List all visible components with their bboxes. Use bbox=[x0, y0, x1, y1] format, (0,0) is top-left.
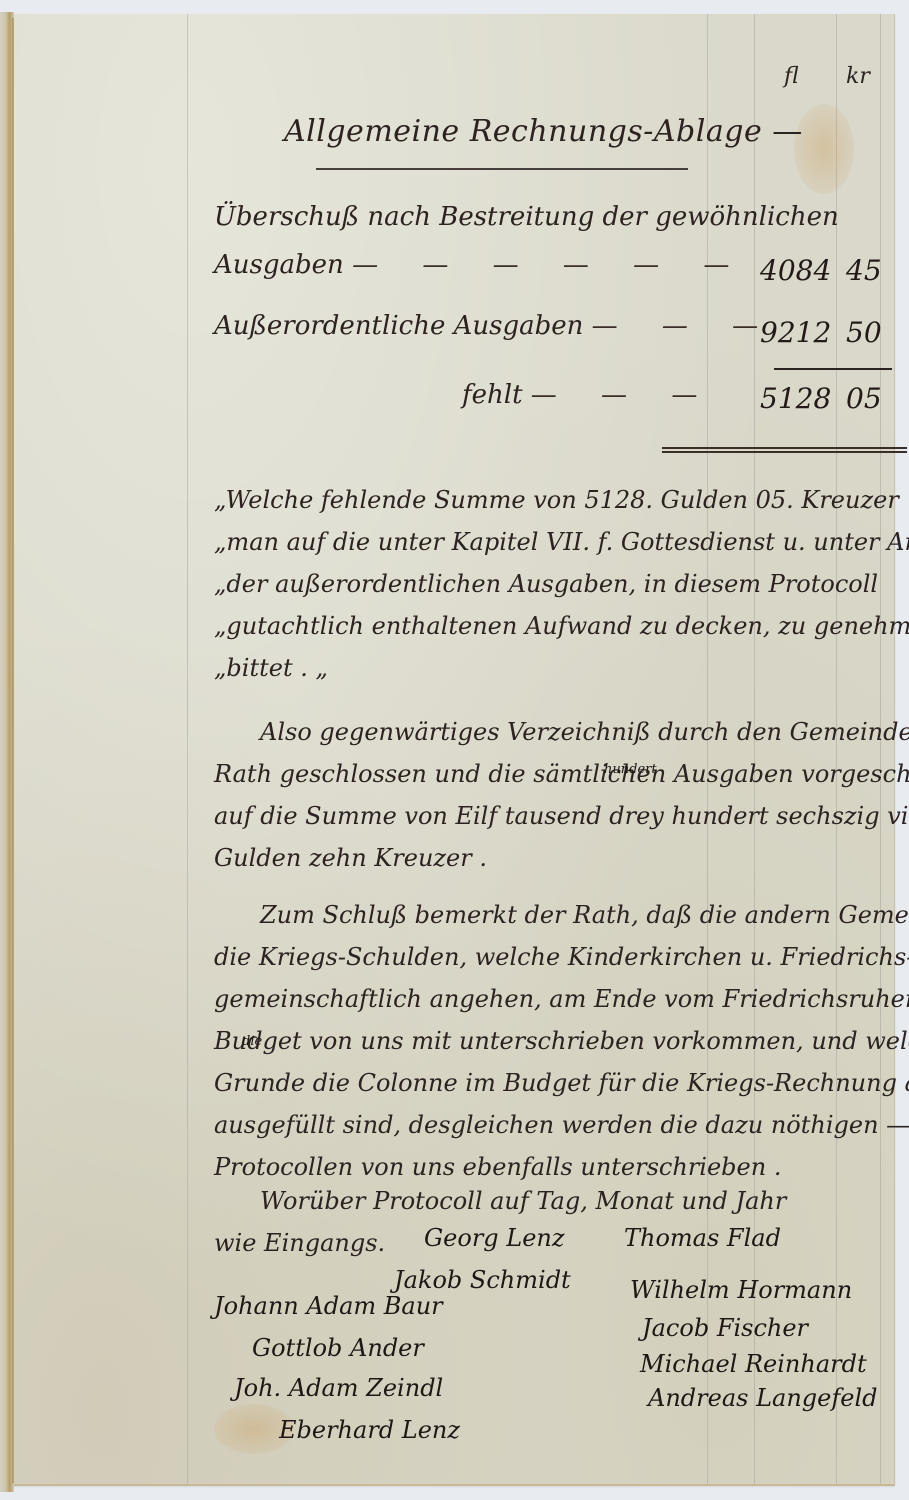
text-line: „der außerordentlichen Ausgaben, in dies… bbox=[214, 563, 904, 605]
text-line: gemeinschaftlich angehen, am Ende vom Fr… bbox=[214, 978, 904, 1020]
text-line: ausgefüllt sind, desgleichen werden die … bbox=[214, 1104, 904, 1146]
deficit-kreuzer: 05 bbox=[846, 382, 882, 415]
surplus-gulden: 4084 bbox=[760, 254, 831, 287]
ledger-dashes: — — — — — — bbox=[352, 250, 747, 280]
signature: Johann Adam Baur bbox=[214, 1292, 443, 1320]
text-line: Rath geschlossen und die sämtlichen Ausg… bbox=[214, 753, 904, 795]
text-line: „Welche fehlende Summe von 5128. Gulden … bbox=[214, 479, 904, 521]
paragraph-request: „Welche fehlende Summe von 5128. Gulden … bbox=[214, 479, 904, 689]
ledger-label: Ausgaben bbox=[214, 250, 344, 280]
signature: Georg Lenz bbox=[424, 1224, 565, 1252]
text-line: Worüber Protocoll auf Tag, Monat und Jah… bbox=[214, 1180, 904, 1222]
ledger-dashes: — — — bbox=[531, 380, 716, 410]
signature: Gottlob Ander bbox=[252, 1334, 424, 1362]
text-line: Zum Schluß bemerkt der Rath, daß die and… bbox=[214, 894, 904, 936]
extraordinary-gulden: 9212 bbox=[760, 316, 831, 349]
text-line: die Kriegs-Schulden, welche Kinderkirche… bbox=[214, 936, 904, 978]
paragraph-remark: Zum Schluß bemerkt der Rath, daß die and… bbox=[214, 894, 904, 1188]
ledger-row-surplus-label-1: Überschuß nach Bestreitung der gewöhnlic… bbox=[214, 202, 839, 232]
signature: Thomas Flad bbox=[624, 1224, 781, 1252]
text-line: Budget von uns mit unterschrieben vorkom… bbox=[214, 1020, 904, 1062]
text-line: auf die Summe von Eilf tausend drey hund… bbox=[214, 795, 904, 837]
total-double-rule bbox=[662, 451, 907, 453]
paper-stain bbox=[794, 104, 854, 194]
signature: Joh. Adam Zeindl bbox=[234, 1374, 443, 1402]
surplus-kreuzer: 45 bbox=[846, 254, 882, 287]
ledger-row-deficit: fehlt — — — bbox=[462, 380, 715, 410]
margin-rule bbox=[187, 14, 188, 1484]
signature: Jakob Schmidt bbox=[394, 1266, 571, 1294]
signature: Wilhelm Hormann bbox=[630, 1276, 852, 1304]
title-underline bbox=[316, 168, 688, 170]
signature: Michael Reinhardt bbox=[640, 1350, 867, 1378]
text-line: Also gegenwärtiges Verzeichniß durch den… bbox=[214, 711, 904, 753]
page-title: Allgemeine Rechnungs-Ablage — bbox=[284, 114, 803, 149]
total-double-rule bbox=[662, 447, 907, 449]
text-line: Gulden zehn Kreuzer . bbox=[214, 837, 904, 879]
ledger-label: fehlt bbox=[462, 380, 523, 410]
ledger-row-extraordinary: Außerordentliche Ausgaben — — — bbox=[214, 311, 776, 341]
interlinear-insertion: hundert bbox=[604, 762, 657, 777]
ledger-label: Außerordentliche Ausgaben bbox=[214, 311, 583, 341]
kreuzer-column-header: kr bbox=[846, 64, 870, 89]
deficit-gulden: 5128 bbox=[760, 382, 831, 415]
ledger-row-surplus-label-2: Ausgaben — — — — — — bbox=[214, 250, 747, 280]
signature: Eberhard Lenz bbox=[279, 1416, 460, 1444]
signature: Jacob Fischer bbox=[642, 1314, 808, 1342]
interlinear-insertion: die bbox=[242, 1034, 262, 1049]
document-page: fl kr Allgemeine Rechnungs-Ablage — Über… bbox=[14, 14, 895, 1486]
gulden-column-header: fl bbox=[784, 64, 799, 89]
ledger-dashes: — — — bbox=[592, 311, 777, 341]
sum-rule bbox=[774, 368, 892, 370]
text-line: „bittet . „ bbox=[214, 647, 904, 689]
extraordinary-kreuzer: 50 bbox=[846, 316, 882, 349]
signature: Andreas Langefeld bbox=[648, 1384, 877, 1412]
text-line: „man auf die unter Kapitel VII. f. Gotte… bbox=[214, 521, 904, 563]
text-line: „gutachtlich enthaltenen Aufwand zu deck… bbox=[214, 605, 904, 647]
text-line: Grunde die Colonne im Budget für die Kri… bbox=[214, 1062, 904, 1104]
paragraph-closing-budget: Also gegenwärtiges Verzeichniß durch den… bbox=[214, 711, 904, 879]
